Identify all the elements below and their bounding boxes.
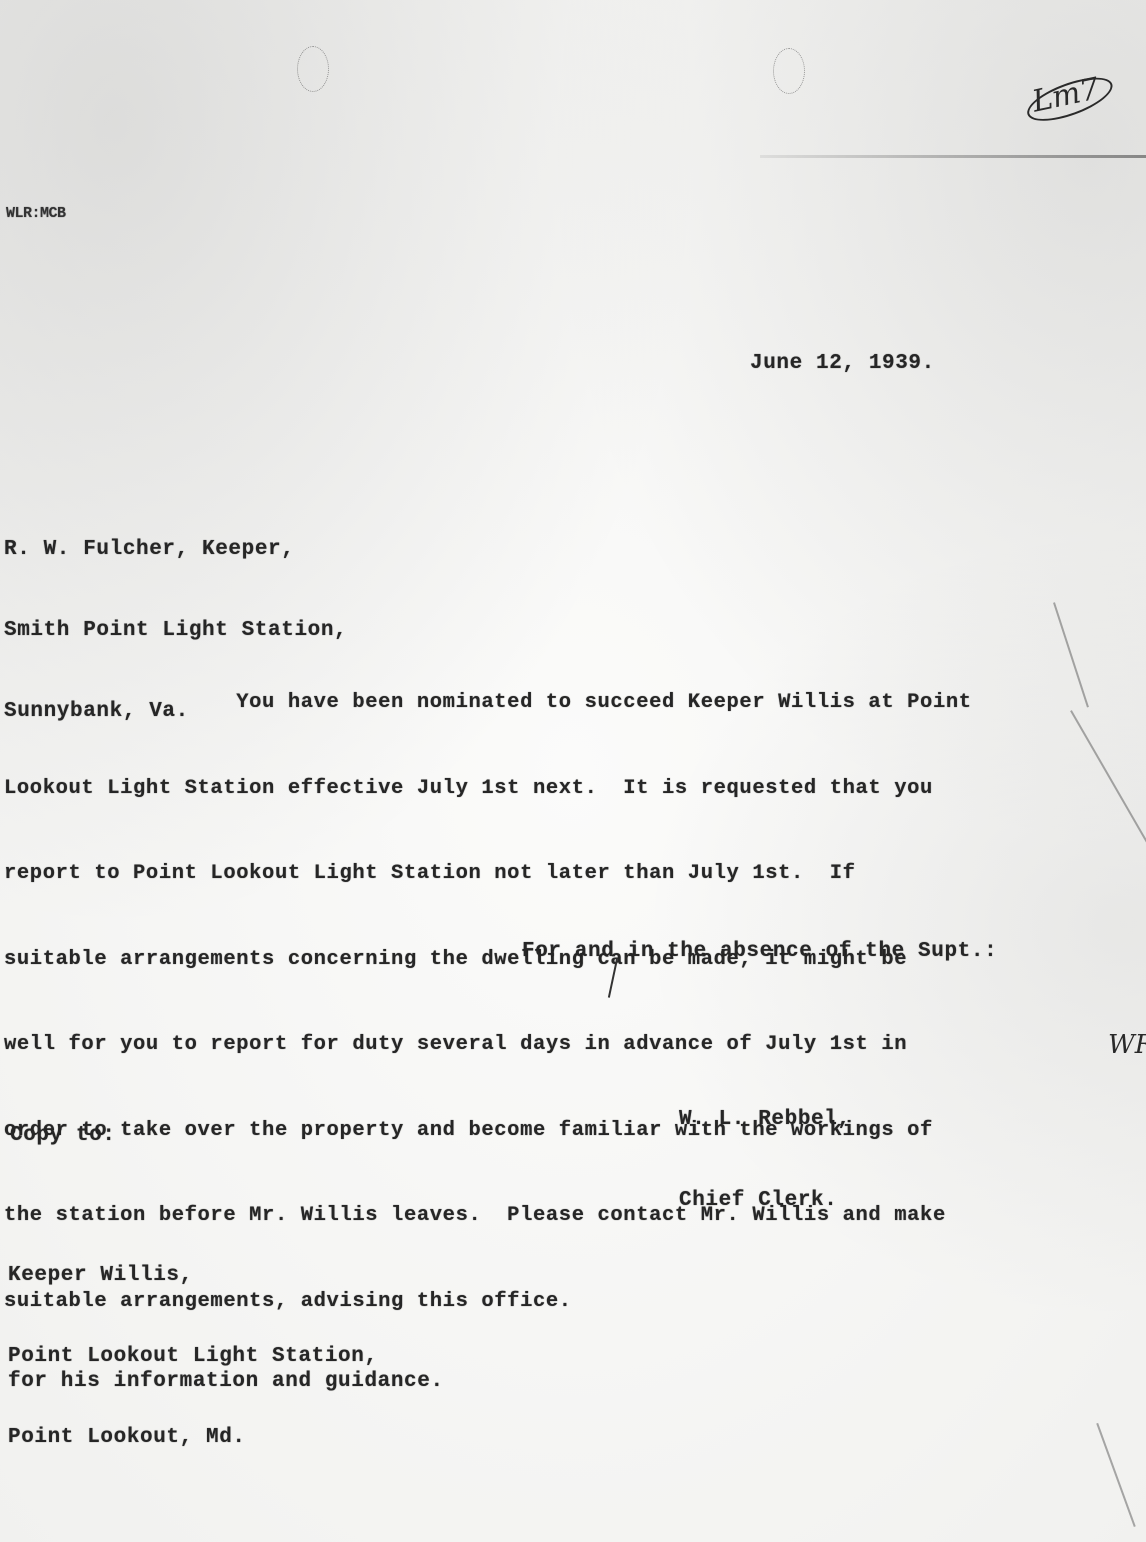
copy-recipient-line: Point Lookout, Md.	[8, 1424, 378, 1451]
body-line: report to Point Lookout Light Station no…	[4, 860, 972, 889]
handwritten-initials-top: Lm7	[1029, 71, 1102, 119]
letter-date: June 12, 1939.	[750, 352, 935, 375]
punch-hole-mark	[297, 46, 329, 92]
copy-note: for his information and guidance.	[8, 1370, 444, 1393]
signatory-title: Chief Clerk.	[679, 1187, 851, 1214]
copy-recipient-line: Keeper Willis,	[8, 1262, 378, 1289]
handwritten-initials-margin: WR	[1108, 1030, 1146, 1060]
copy-to-label: Copy to:	[10, 1124, 116, 1147]
signature-block: W. L. Rebbel, Chief Clerk.	[679, 1052, 851, 1268]
reference-initials: WLR:MCB	[6, 205, 66, 222]
punch-hole-mark	[773, 48, 805, 94]
paper-crease	[1070, 710, 1146, 849]
copy-recipient-line: Point Lookout Light Station,	[8, 1343, 378, 1370]
signatory-name: W. L. Rebbel,	[679, 1106, 851, 1133]
body-line: You have been nominated to succeed Keepe…	[4, 689, 972, 718]
scan-artifact-line	[760, 155, 1146, 158]
recipient-line: R. W. Fulcher, Keeper,	[4, 536, 347, 563]
paper-crease	[1096, 1423, 1135, 1527]
scanned-letter-page: Lm7 WLR:MCB June 12, 1939. R. W. Fulcher…	[0, 0, 1146, 1542]
closing-line: For and in the absence of the Supt.:	[522, 940, 997, 963]
paper-crease	[1053, 602, 1088, 707]
copy-recipient-address: Keeper Willis, Point Lookout Light Stati…	[8, 1208, 378, 1505]
body-line: Lookout Light Station effective July 1st…	[4, 775, 972, 804]
